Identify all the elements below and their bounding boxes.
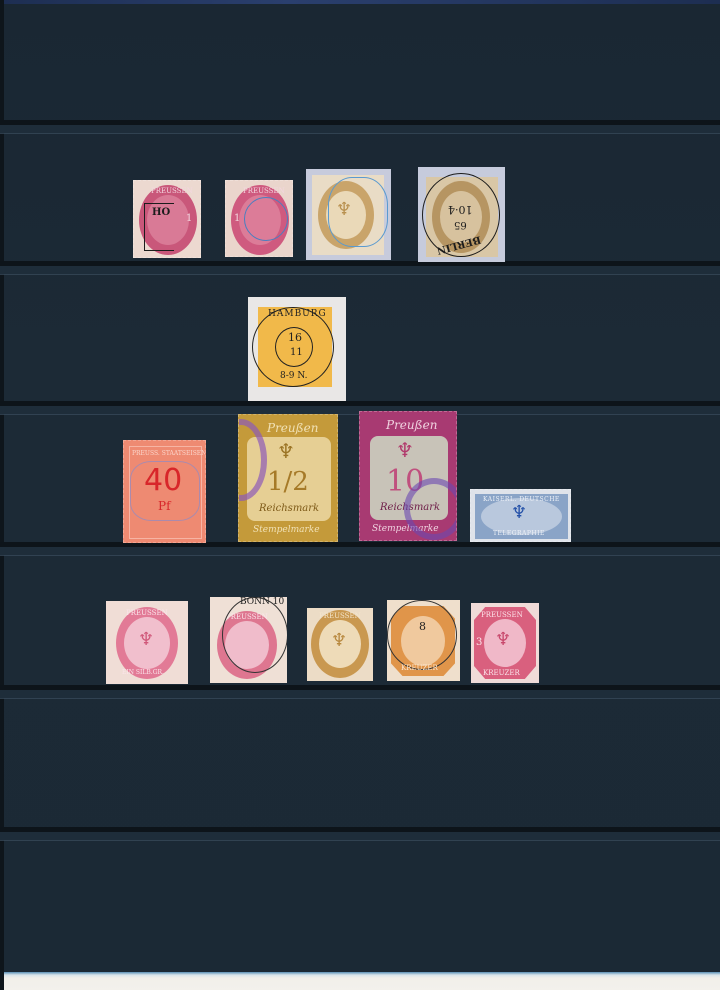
header-text: Preußen [267,421,319,435]
strip-5 [0,685,720,699]
strip-4 [0,542,720,556]
stamp-prussia-9kr-cut[interactable]: 8 KREUZER [387,600,460,681]
denomination-text: EIN SILB.GR. [122,669,164,676]
stamp-prussia-3sgr-cut[interactable]: PREUSSEN ♆ [307,608,373,681]
postmark-text: 8 [419,620,426,633]
violet-postmark [404,478,457,540]
stamp-40pf-staatseisenbahn[interactable]: PREUSS. STAATSEISENBAHN 40 Pf [123,440,206,543]
top-edge [0,0,720,4]
footer-text: Stempelmarke [253,525,320,535]
postmark-month: 11 [290,347,303,358]
value-text: 3 [476,637,482,648]
eagle-icon: ♆ [396,438,414,462]
stamp-prussia-3kr-cut[interactable]: PREUSSEN 3 KREUZER ♆ [471,603,539,683]
bottom-text: TELEGRAPHIE [493,530,545,537]
country-text: PREUSSEN [319,612,361,620]
left-edge [0,0,4,990]
eagle-icon: ♆ [511,502,527,523]
country-text: PREUSSEN [481,611,523,619]
header-text: Preußen [386,418,438,432]
stamp-prussia-1sgr-b[interactable]: PREUSSEN 1 [225,180,293,257]
eagle-icon: ♆ [277,439,295,463]
value-text: 1/2 [267,467,309,497]
strip-6 [0,827,720,841]
strip-1 [0,120,720,134]
unit-text: Reichsmark [259,503,319,514]
stamp-prussia-3sgr-berlin[interactable]: 10·4 65 BERLIN [418,167,505,262]
country-text: PREUSSEN [243,187,285,195]
postmark [130,461,200,521]
stamp-10-reichsmark[interactable]: Preußen ♆ 10 Reichsmark Stempelmarke [359,411,457,541]
postmark-time: 8-9 N. [280,371,308,381]
stock-page: PREUSSEN 1 HO PREUSSEN 1 ♆ 10·4 65 BERLI… [0,0,720,990]
stamp-prussia-1sgr-cut-a[interactable]: PREUSSEN EIN SILB.GR. ♆ [106,601,188,684]
country-text: PREUSSEN [126,609,168,617]
postmark-bonn [222,597,287,673]
value-text: 1 [234,213,240,224]
stamp-half-reichsmark[interactable]: Preußen ♆ 1/2 Reichsmark Stempelmarke [238,414,338,542]
postmark-text: BONN 10 [240,597,284,607]
denomination-text: KREUZER [401,664,438,672]
page-bottom-edge [4,972,720,990]
strip-2 [0,261,720,275]
stamp-prussia-1sgr-cut-bonn[interactable]: PREUSSEN BONN 10 [210,597,287,683]
stamp-prussia-1sgr-a[interactable]: PREUSSEN 1 HO [133,180,201,258]
value-text: 1 [186,213,192,224]
header-text: PREUSS. STAATSEISENBAHN [132,450,206,457]
stamp-prussia-3sgr-on-piece[interactable]: ♆ [306,169,391,260]
country-text: PREUSSEN [151,187,193,195]
blue-postmark [244,197,288,241]
stamp-hamburg-on-piece[interactable]: HAMBURG 16 11 8-9 N. [248,297,346,401]
postmark [387,600,457,670]
stamp-kaiserl-telegraphie[interactable]: KAISERL. DEUTSCHE ♆ TELEGRAPHIE [470,489,571,542]
denomination-text: KREUZER [483,669,520,677]
postmark-day: 16 [288,331,302,344]
postmark-city: HAMBURG [268,309,327,319]
blue-postmark [328,177,388,247]
